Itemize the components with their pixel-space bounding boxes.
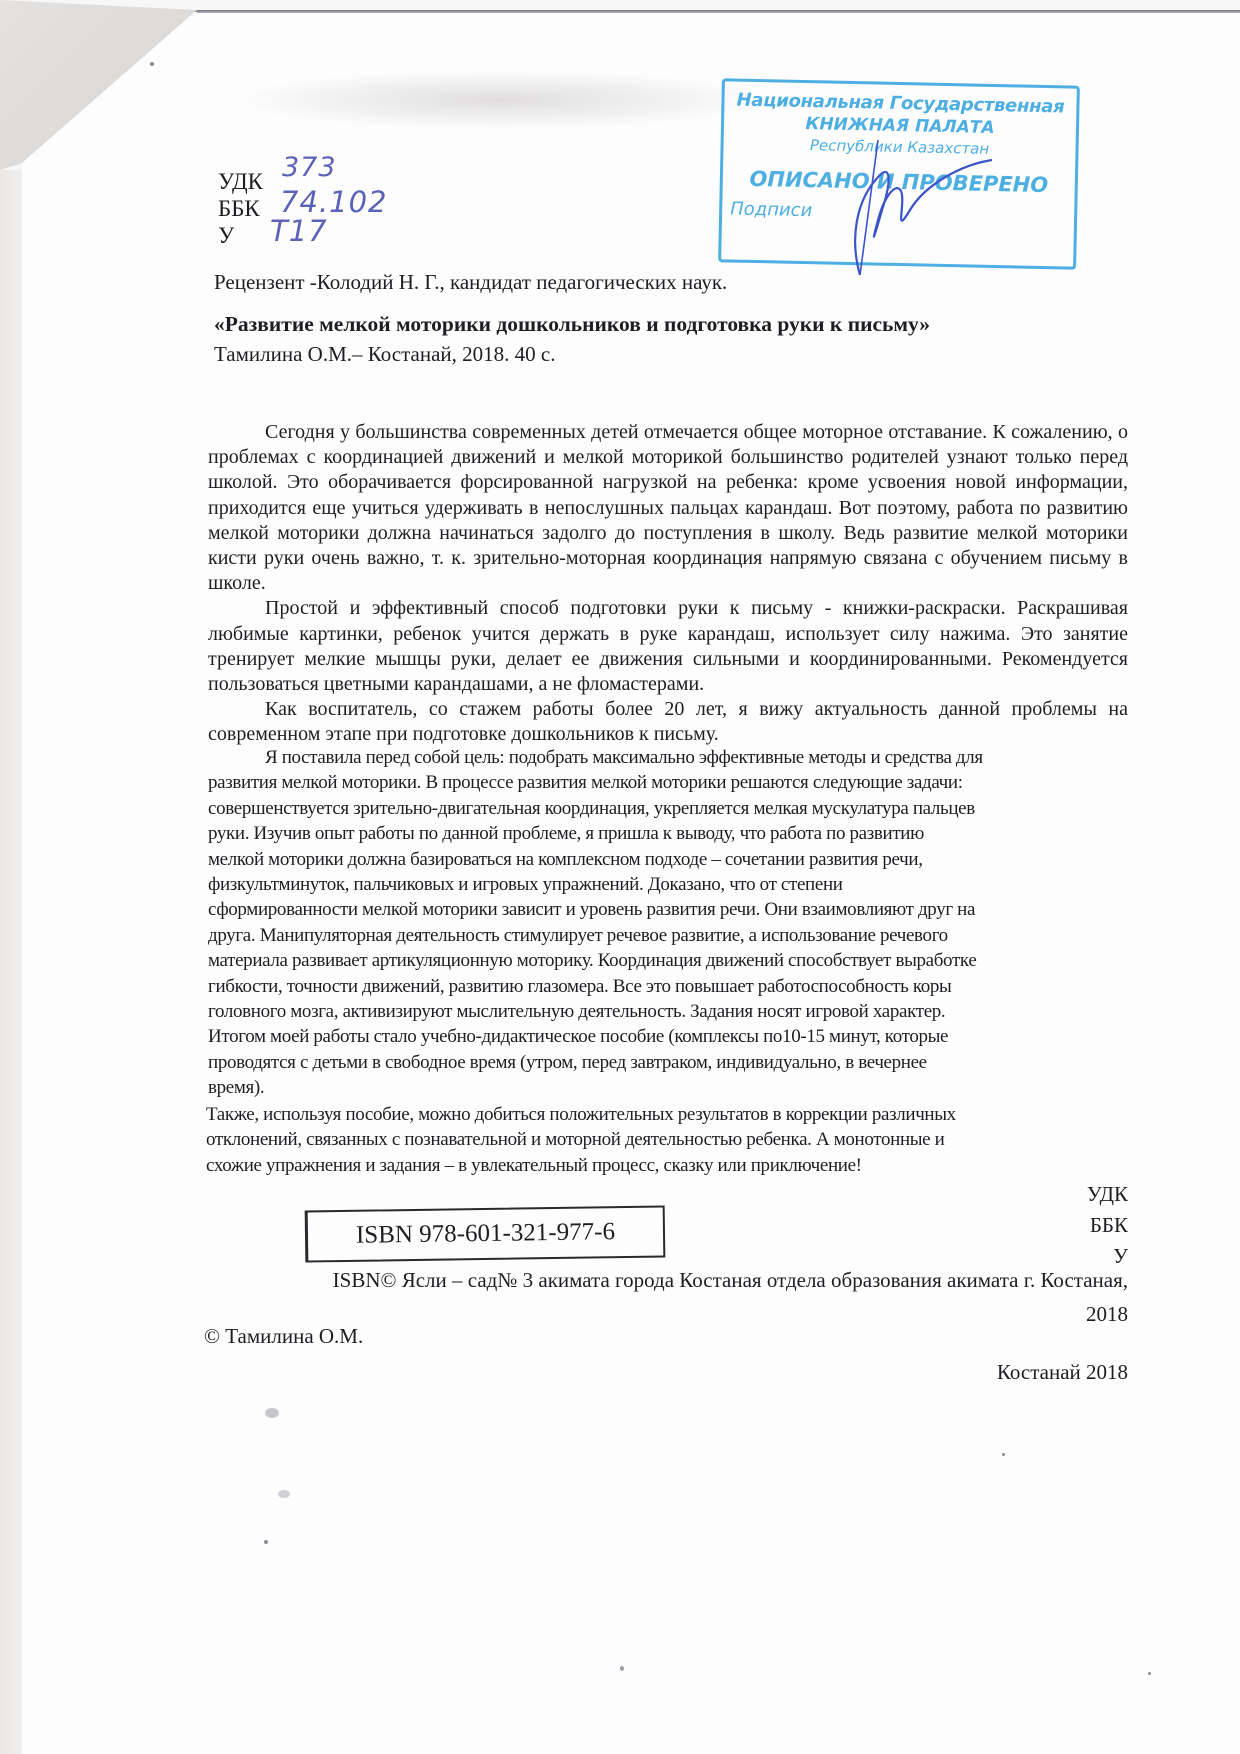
classification-block: УДК 373 ББК 74.102 У Т17	[218, 168, 263, 249]
city-year: Костанай 2018	[997, 1360, 1128, 1384]
goal-line: сформированности мелкой моторики зависит…	[208, 897, 983, 922]
bbk-label: ББК	[218, 196, 260, 221]
goal-line: друга. Манипуляторная деятельность стиму…	[208, 923, 983, 948]
paragraph-3: Как воспитатель, со стажем работы более …	[208, 697, 1128, 747]
goal-line: Итогом моей работы стало учебно-дидактич…	[208, 1024, 983, 1049]
scan-speck	[620, 1666, 624, 1671]
goal-line: материала развивает артикуляционную мото…	[208, 948, 983, 973]
goal-line: мелкой моторики должна базироваться на к…	[208, 847, 983, 872]
u-handwritten-value: Т17	[270, 214, 328, 248]
goal-line: руки. Изучив опыт работы по данной пробл…	[208, 821, 983, 846]
scan-speck	[1002, 1453, 1005, 1456]
scan-speck	[150, 62, 154, 66]
scan-smudge	[230, 70, 770, 130]
goal-line: головного мозга, активизируют мыслительн…	[208, 999, 983, 1024]
scan-speck	[1148, 1672, 1151, 1675]
goal-line: физкультминуток, пальчиковых и игровых у…	[208, 872, 983, 897]
scan-speck	[264, 1540, 268, 1544]
isbn-box: ISBN 978-601-321-977-6	[305, 1205, 666, 1262]
goal-line: проводятся с детьми в свободное время (у…	[208, 1050, 983, 1075]
paragraph-2: Простой и эффективный способ подготовки …	[208, 596, 1128, 697]
goal-line: Я поставила перед собой цель: подобрать …	[208, 745, 983, 770]
udk-label: УДК	[218, 169, 263, 194]
footer-udk-label: УДК	[1087, 1182, 1128, 1213]
goal-line: совершенствуется зрительно-двигательная …	[208, 796, 983, 821]
closing-line: схожие упражнения и задания – в увлекате…	[206, 1153, 956, 1178]
closing-line: Также, используя пособие, можно добиться…	[206, 1102, 956, 1127]
book-title: «Развитие мелкой моторики дошкольников и…	[214, 312, 930, 336]
goal-line: развития мелкой моторики. В процессе раз…	[208, 770, 983, 795]
goal-line: гибкости, точности движений, развитию гл…	[208, 974, 983, 999]
footer-classification-labels: УДК ББК У	[1087, 1182, 1128, 1275]
scan-speck	[265, 1408, 279, 1418]
publisher-year: 2018	[1086, 1302, 1128, 1326]
udk-handwritten-value: 373	[282, 152, 337, 183]
book-imprint: Тамилина О.М.– Костанай, 2018. 40 с.	[214, 342, 555, 366]
paragraph-1: Сегодня у большинства современных детей …	[208, 420, 1128, 596]
goal-line: время).	[208, 1075, 983, 1100]
footer-bbk-label: ББК	[1087, 1213, 1128, 1244]
publisher-line: ISBN© Ясли – сад№ 3 акимата города Коста…	[333, 1268, 1128, 1292]
signature-icon	[820, 140, 1000, 280]
closing-line: отклонений, связанных с познавательной и…	[206, 1127, 956, 1152]
copyright-line: © Тамилина О.М.	[204, 1324, 363, 1348]
scan-speck	[278, 1490, 290, 1498]
closing-paragraph: Также, используя пособие, можно добиться…	[206, 1102, 956, 1178]
goal-paragraph: Я поставила перед собой цель: подобрать …	[208, 745, 983, 1101]
page-top-edge	[197, 10, 1240, 13]
scan-background-strip	[0, 170, 22, 1754]
abstract-text: Сегодня у большинства современных детей …	[208, 420, 1128, 748]
reviewer-line: Рецензент -Колодий Н. Г., кандидат педаг…	[214, 270, 727, 294]
u-label: У	[218, 223, 234, 248]
